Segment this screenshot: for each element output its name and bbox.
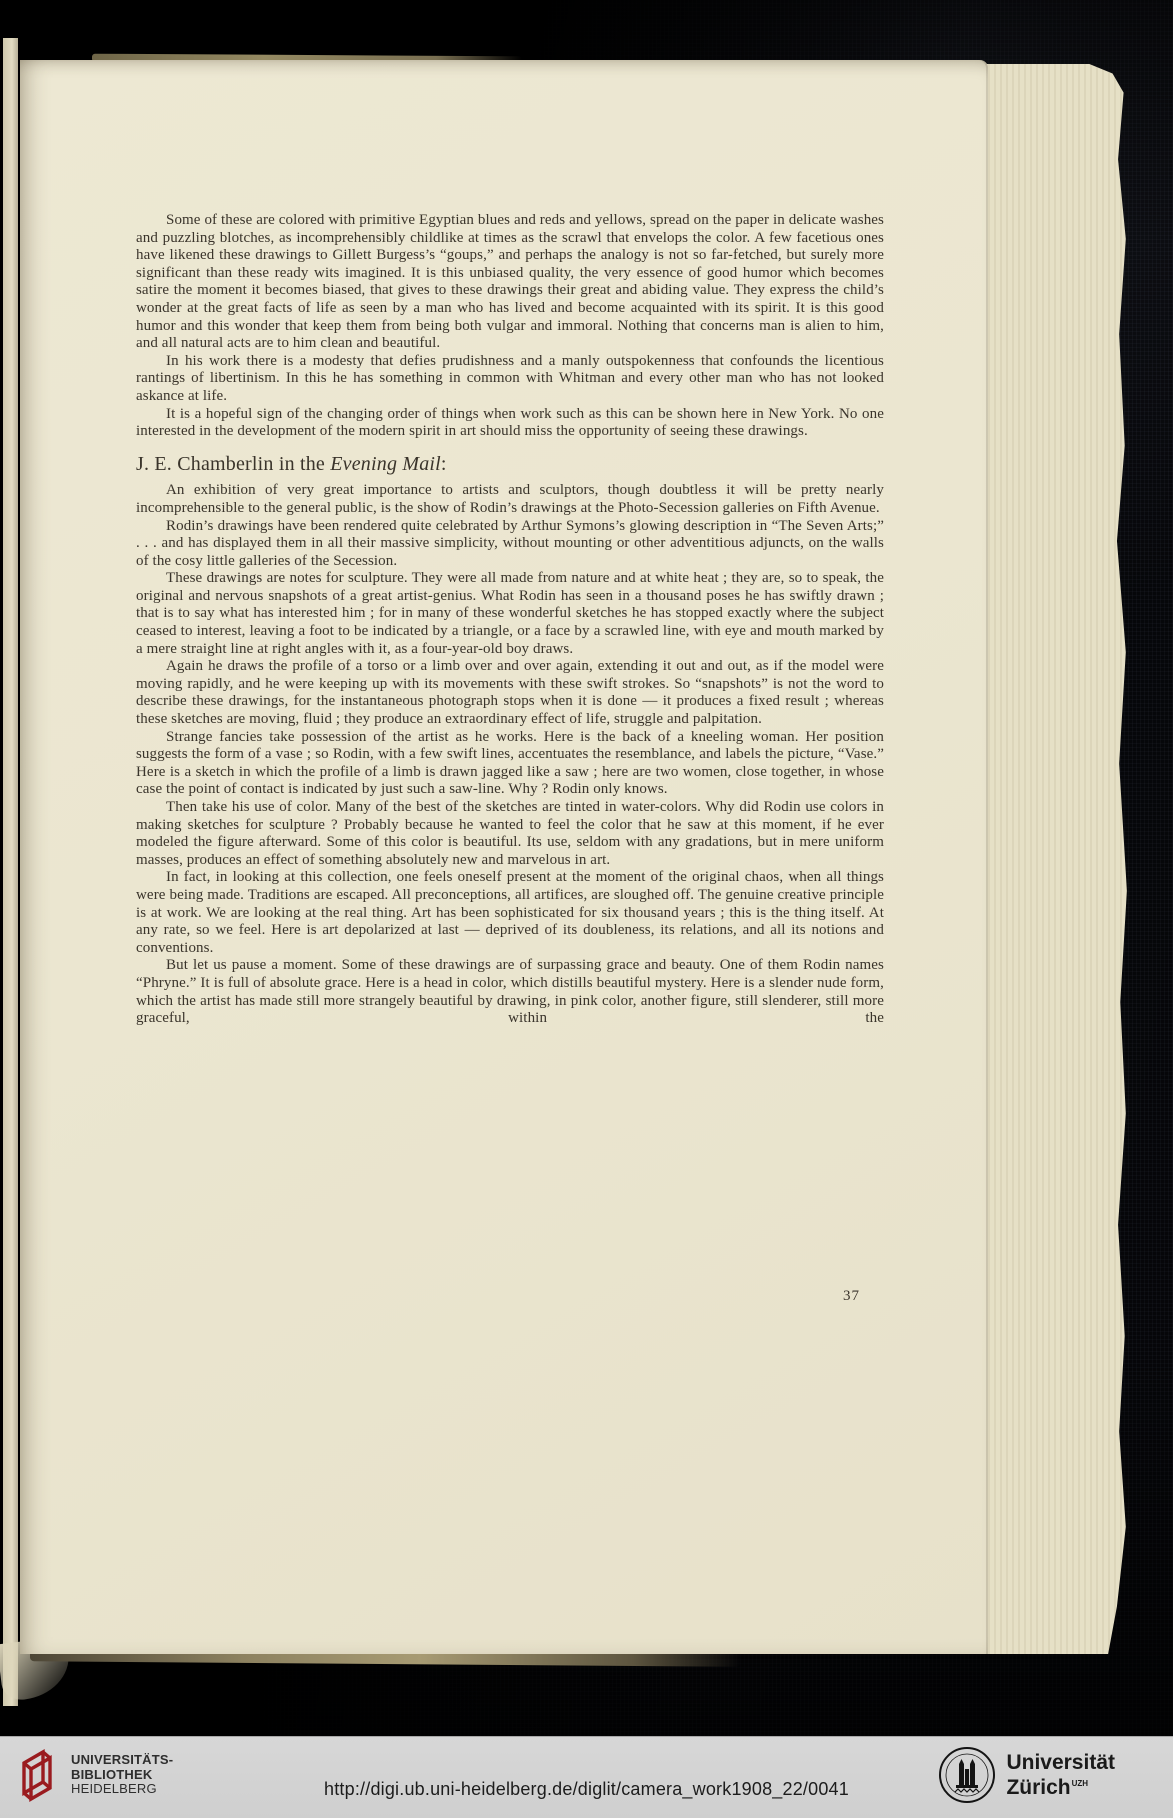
paragraph: Again he draws the profile of a torso or… [136, 658, 884, 728]
university-label-line2: ZürichUZH [1006, 1773, 1115, 1799]
library-name-line1: UNIVERSITÄTS- [71, 1753, 173, 1768]
paragraph: In fact, in looking at this collection, … [136, 869, 884, 957]
digitized-book-viewer: Some of these are colored with primitive… [0, 0, 1173, 1818]
paragraph: An exhibition of very great importance t… [136, 482, 884, 517]
paragraph: Rodin’s drawings have been rendered quit… [136, 518, 884, 571]
heading-publication-name: Evening Mail [330, 453, 441, 475]
paragraph: Then take his use of color. Many of the … [136, 799, 884, 869]
uzh-seal-icon [937, 1745, 997, 1805]
source-url-link[interactable]: http://digi.ub.uni-heidelberg.de/diglit/… [324, 1779, 849, 1799]
viewer-footer: UNIVERSITÄTS- BIBLIOTHEK HEIDELBERG http… [0, 1736, 1173, 1818]
university-label-line1: Universität [1006, 1752, 1115, 1774]
paragraph: Some of these are colored with primitive… [136, 212, 884, 353]
paragraph: In his work there is a modesty that defi… [136, 353, 884, 406]
section-heading: J. E. Chamberlin in the Evening Mail: [136, 456, 884, 474]
paragraph: Strange fancies take possession of the a… [136, 729, 884, 799]
uzh-abbreviation: UZH [1072, 1779, 1088, 1788]
heading-prefix: J. E. Chamberlin in the [136, 453, 330, 475]
paragraph: These drawings are notes for sculpture. … [136, 570, 884, 658]
uzh-branding: Universität ZürichUZH [937, 1745, 1115, 1805]
university-zurich-label: Universität ZürichUZH [1006, 1752, 1115, 1799]
page-number: 37 [136, 1288, 860, 1305]
paragraph: It is a hopeful sign of the changing ord… [136, 406, 884, 441]
gutter-page-edge [3, 38, 18, 1706]
page-text: Some of these are colored with primitive… [136, 212, 884, 1028]
heading-suffix: : [441, 453, 447, 475]
paragraph: But let us pause a moment. Some of these… [136, 957, 884, 1027]
